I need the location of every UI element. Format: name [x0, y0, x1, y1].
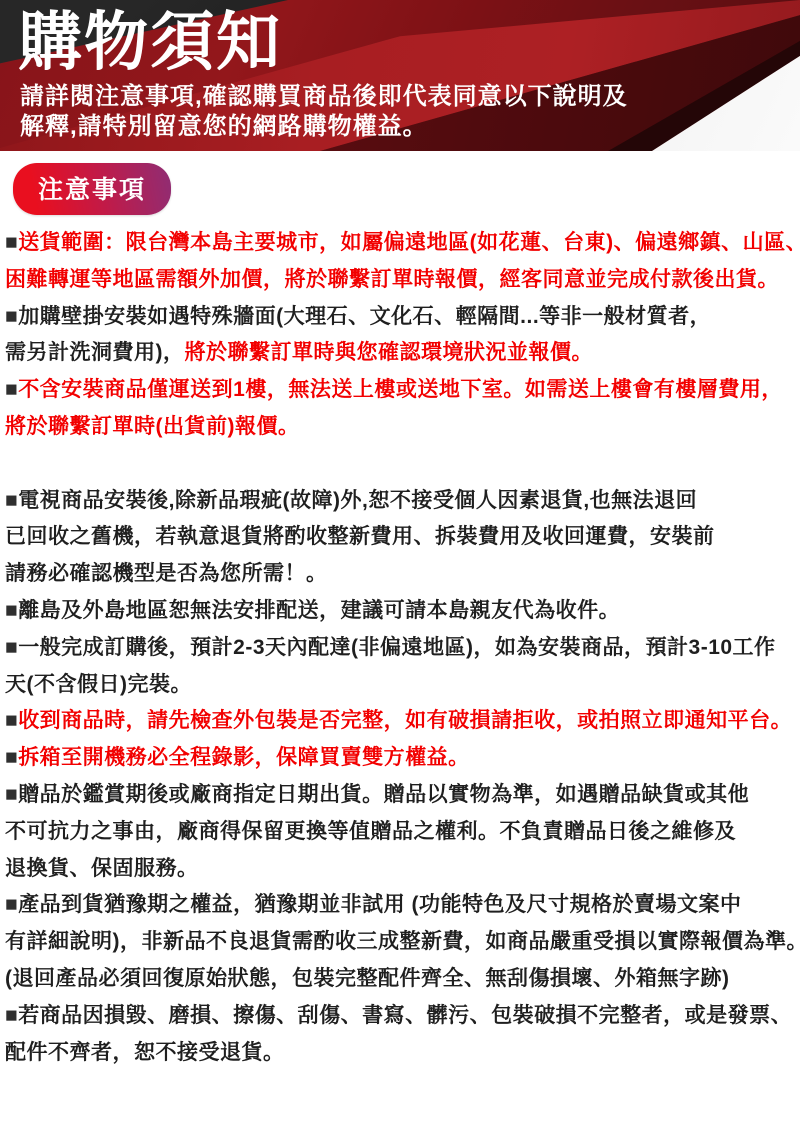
- notice-text-segment: 一般完成訂購後，預計2-3天內配達(非偏遠地區)，如為安裝商品，預計3-10工作: [18, 636, 775, 659]
- notice-line: ■產品到貨猶豫期之權益，猶豫期並非試用 (功能特色及尺寸規格於賣場文案中: [5, 887, 795, 924]
- notice-text-segment: 不含安裝商品僅運送到1樓，無法送上樓或送地下室。如需送上樓會有樓層費用，: [18, 378, 783, 401]
- notice-text-segment: 需另計洗洞費用)，: [5, 341, 185, 364]
- notice-line: ■送貨範圍：限台灣本島主要城市，如屬偏遠地區(如花蓮、台東)、偏遠鄉鎮、山區、: [5, 225, 795, 262]
- notice-line: ■贈品於鑑賞期後或廠商指定日期出貨。贈品以實物為準，如遇贈品缺貨或其他: [5, 777, 795, 814]
- notice-section-badge: 注意事項: [13, 163, 171, 215]
- notice-text-segment: 配件不齊者，恕不接受退貨。: [5, 1041, 285, 1064]
- notice-line: ■若商品因損毀、磨損、擦傷、刮傷、書寫、髒污、包裝破損不完整者，或是發票、: [5, 998, 795, 1035]
- bullet-square-icon: ■: [5, 599, 18, 622]
- bullet-square-icon: ■: [5, 378, 18, 401]
- notice-text-segment: 若商品因損毀、磨損、擦傷、刮傷、書寫、髒污、包裝破損不完整者，或是發票、: [18, 1004, 792, 1027]
- notice-line: 天(不含假日)完裝。: [5, 667, 795, 704]
- notice-paragraph: ■加購壁掛安裝如遇特殊牆面(大理石、文化石、輕隔間...等非一般材質者，需另計洗…: [5, 299, 795, 373]
- notice-text-segment: 將於聯繫訂單時(出貨前)報價。: [5, 415, 300, 438]
- notice-text-segment: 產品到貨猶豫期之權益，猶豫期並非試用 (功能特色及尺寸規格於賣場文案中: [18, 893, 741, 916]
- notice-line: 配件不齊者，恕不接受退貨。: [5, 1035, 795, 1072]
- banner: 購物須知 請詳閱注意事項,確認購買商品後即代表同意以下說明及 解釋,請特別留意您…: [0, 0, 800, 151]
- notice-text-segment: 送貨範圍：限台灣本島主要城市，如屬偏遠地區(如花蓮、台東)、偏遠鄉鎮、山區、: [18, 231, 800, 254]
- bullet-square-icon: ■: [5, 1004, 18, 1027]
- notice-line: (退回產品必須回復原始狀態，包裝完整配件齊全、無刮傷損壞、外箱無字跡): [5, 961, 795, 998]
- notice-paragraph: ■不含安裝商品僅運送到1樓，無法送上樓或送地下室。如需送上樓會有樓層費用，將於聯…: [5, 372, 795, 446]
- notice-text-segment: 贈品於鑑賞期後或廠商指定日期出貨。贈品以實物為準，如遇贈品缺貨或其他: [18, 783, 749, 806]
- bullet-square-icon: ■: [5, 489, 18, 512]
- bullet-square-icon: ■: [5, 305, 18, 328]
- notice-text-segment: 不可抗力之事由，廠商得保留更換等值贈品之權利。不負責贈品日後之維修及: [5, 820, 736, 843]
- notice-line: ■加購壁掛安裝如遇特殊牆面(大理石、文化石、輕隔間...等非一般材質者，: [5, 299, 795, 336]
- notice-line: ■拆箱至開機務必全程錄影，保障買賣雙方權益。: [5, 740, 795, 777]
- page-title: 購物須知: [18, 6, 282, 78]
- notice-paragraph: ■收到商品時，請先檢查外包裝是否完整，如有破損請拒收，或拍照立即通知平台。: [5, 703, 795, 740]
- bullet-square-icon: ■: [5, 783, 18, 806]
- notice-line: ■離島及外島地區恕無法安排配送，建議可請本島親友代為收件。: [5, 593, 795, 630]
- notice-line: 不可抗力之事由，廠商得保留更換等值贈品之權利。不負責贈品日後之維修及: [5, 814, 795, 851]
- notice-text-segment: 請務必確認機型是否為您所需！。: [5, 562, 328, 585]
- notice-text-segment: 有詳細說明)，非新品不良退貨需酌收三成整新費，如商品嚴重受損以實際報價為準。: [5, 930, 800, 953]
- notice-paragraph: ■離島及外島地區恕無法安排配送，建議可請本島親友代為收件。: [5, 593, 795, 630]
- notice-line: 退換貨、保固服務。: [5, 851, 795, 888]
- notice-paragraph: ■拆箱至開機務必全程錄影，保障買賣雙方權益。: [5, 740, 795, 777]
- notice-line: 已回收之舊機，若執意退貨將酌收整新費用、拆裝費用及收回運費，安裝前: [5, 519, 795, 556]
- notice-text-segment: (退回產品必須回復原始狀態，包裝完整配件齊全、無刮傷損壞、外箱無字跡): [5, 967, 729, 990]
- notice-paragraph: ■若商品因損毀、磨損、擦傷、刮傷、書寫、髒污、包裝破損不完整者，或是發票、配件不…: [5, 998, 795, 1072]
- notice-line: 需另計洗洞費用)，將於聯繫訂單時與您確認環境狀況並報價。: [5, 335, 795, 372]
- notice-text-segment: 將於聯繫訂單時與您確認環境狀況並報價。: [185, 341, 594, 364]
- notice-text-segment: 已回收之舊機，若執意退貨將酌收整新費用、拆裝費用及收回運費，安裝前: [5, 525, 715, 548]
- notice-line: ■收到商品時，請先檢查外包裝是否完整，如有破損請拒收，或拍照立即通知平台。: [5, 703, 795, 740]
- notice-line: ■電視商品安裝後,除新品瑕疵(故障)外,恕不接受個人因素退貨,也無法退回: [5, 483, 795, 520]
- banner-subtitle-line-2: 解釋,請特別留意您的網路購物權益。: [20, 112, 628, 142]
- bullet-square-icon: ■: [5, 636, 18, 659]
- notice-paragraph: ■贈品於鑑賞期後或廠商指定日期出貨。贈品以實物為準，如遇贈品缺貨或其他不可抗力之…: [5, 777, 795, 887]
- notice-paragraph: ■電視商品安裝後,除新品瑕疵(故障)外,恕不接受個人因素退貨,也無法退回已回收之…: [5, 483, 795, 593]
- notice-text-segment: 退換貨、保固服務。: [5, 857, 199, 880]
- notice-text-segment: 拆箱至開機務必全程錄影，保障買賣雙方權益。: [18, 746, 470, 769]
- notice-line: ■一般完成訂購後，預計2-3天內配達(非偏遠地區)，如為安裝商品，預計3-10工…: [5, 630, 795, 667]
- notice-paragraph: ■送貨範圍：限台灣本島主要城市，如屬偏遠地區(如花蓮、台東)、偏遠鄉鎮、山區、困…: [5, 225, 795, 299]
- notice-text-segment: 困難轉運等地區需額外加價，將於聯繫訂單時報價，經客同意並完成付款後出貨。: [5, 268, 779, 291]
- notice-text-segment: 電視商品安裝後,除新品瑕疵(故障)外,恕不接受個人因素退貨,也無法退回: [18, 489, 697, 512]
- notice-text-segment: 收到商品時，請先檢查外包裝是否完整，如有破損請拒收，或拍照立即通知平台。: [18, 709, 792, 732]
- bullet-square-icon: ■: [5, 231, 18, 254]
- bullet-square-icon: ■: [5, 709, 18, 732]
- notice-list: ■送貨範圍：限台灣本島主要城市，如屬偏遠地區(如花蓮、台東)、偏遠鄉鎮、山區、困…: [0, 225, 800, 1071]
- notice-paragraph: ■一般完成訂購後，預計2-3天內配達(非偏遠地區)，如為安裝商品，預計3-10工…: [5, 630, 795, 704]
- bullet-square-icon: ■: [5, 893, 18, 916]
- banner-subtitle-line-1: 請詳閱注意事項,確認購買商品後即代表同意以下說明及: [20, 82, 628, 112]
- banner-subtitle: 請詳閱注意事項,確認購買商品後即代表同意以下說明及 解釋,請特別留意您的網路購物…: [20, 82, 628, 142]
- notice-line: 困難轉運等地區需額外加價，將於聯繫訂單時報價，經客同意並完成付款後出貨。: [5, 262, 795, 299]
- notice-line: 有詳細說明)，非新品不良退貨需酌收三成整新費，如商品嚴重受損以實際報價為準。: [5, 924, 795, 961]
- notice-line: 將於聯繫訂單時(出貨前)報價。: [5, 409, 795, 446]
- notice-paragraph: ■產品到貨猶豫期之權益，猶豫期並非試用 (功能特色及尺寸規格於賣場文案中有詳細說…: [5, 887, 795, 997]
- notice-line: ■不含安裝商品僅運送到1樓，無法送上樓或送地下室。如需送上樓會有樓層費用，: [5, 372, 795, 409]
- notice-line: 請務必確認機型是否為您所需！。: [5, 556, 795, 593]
- notice-text-segment: 離島及外島地區恕無法安排配送，建議可請本島親友代為收件。: [18, 599, 620, 622]
- bullet-square-icon: ■: [5, 746, 18, 769]
- shopping-notice-page: { "header": { "title": "購物須知", "subtitle…: [0, 0, 800, 1134]
- notice-text-segment: 天(不含假日)完裝。: [5, 673, 192, 696]
- notice-text-segment: 加購壁掛安裝如遇特殊牆面(大理石、文化石、輕隔間...等非一般材質者，: [18, 305, 711, 328]
